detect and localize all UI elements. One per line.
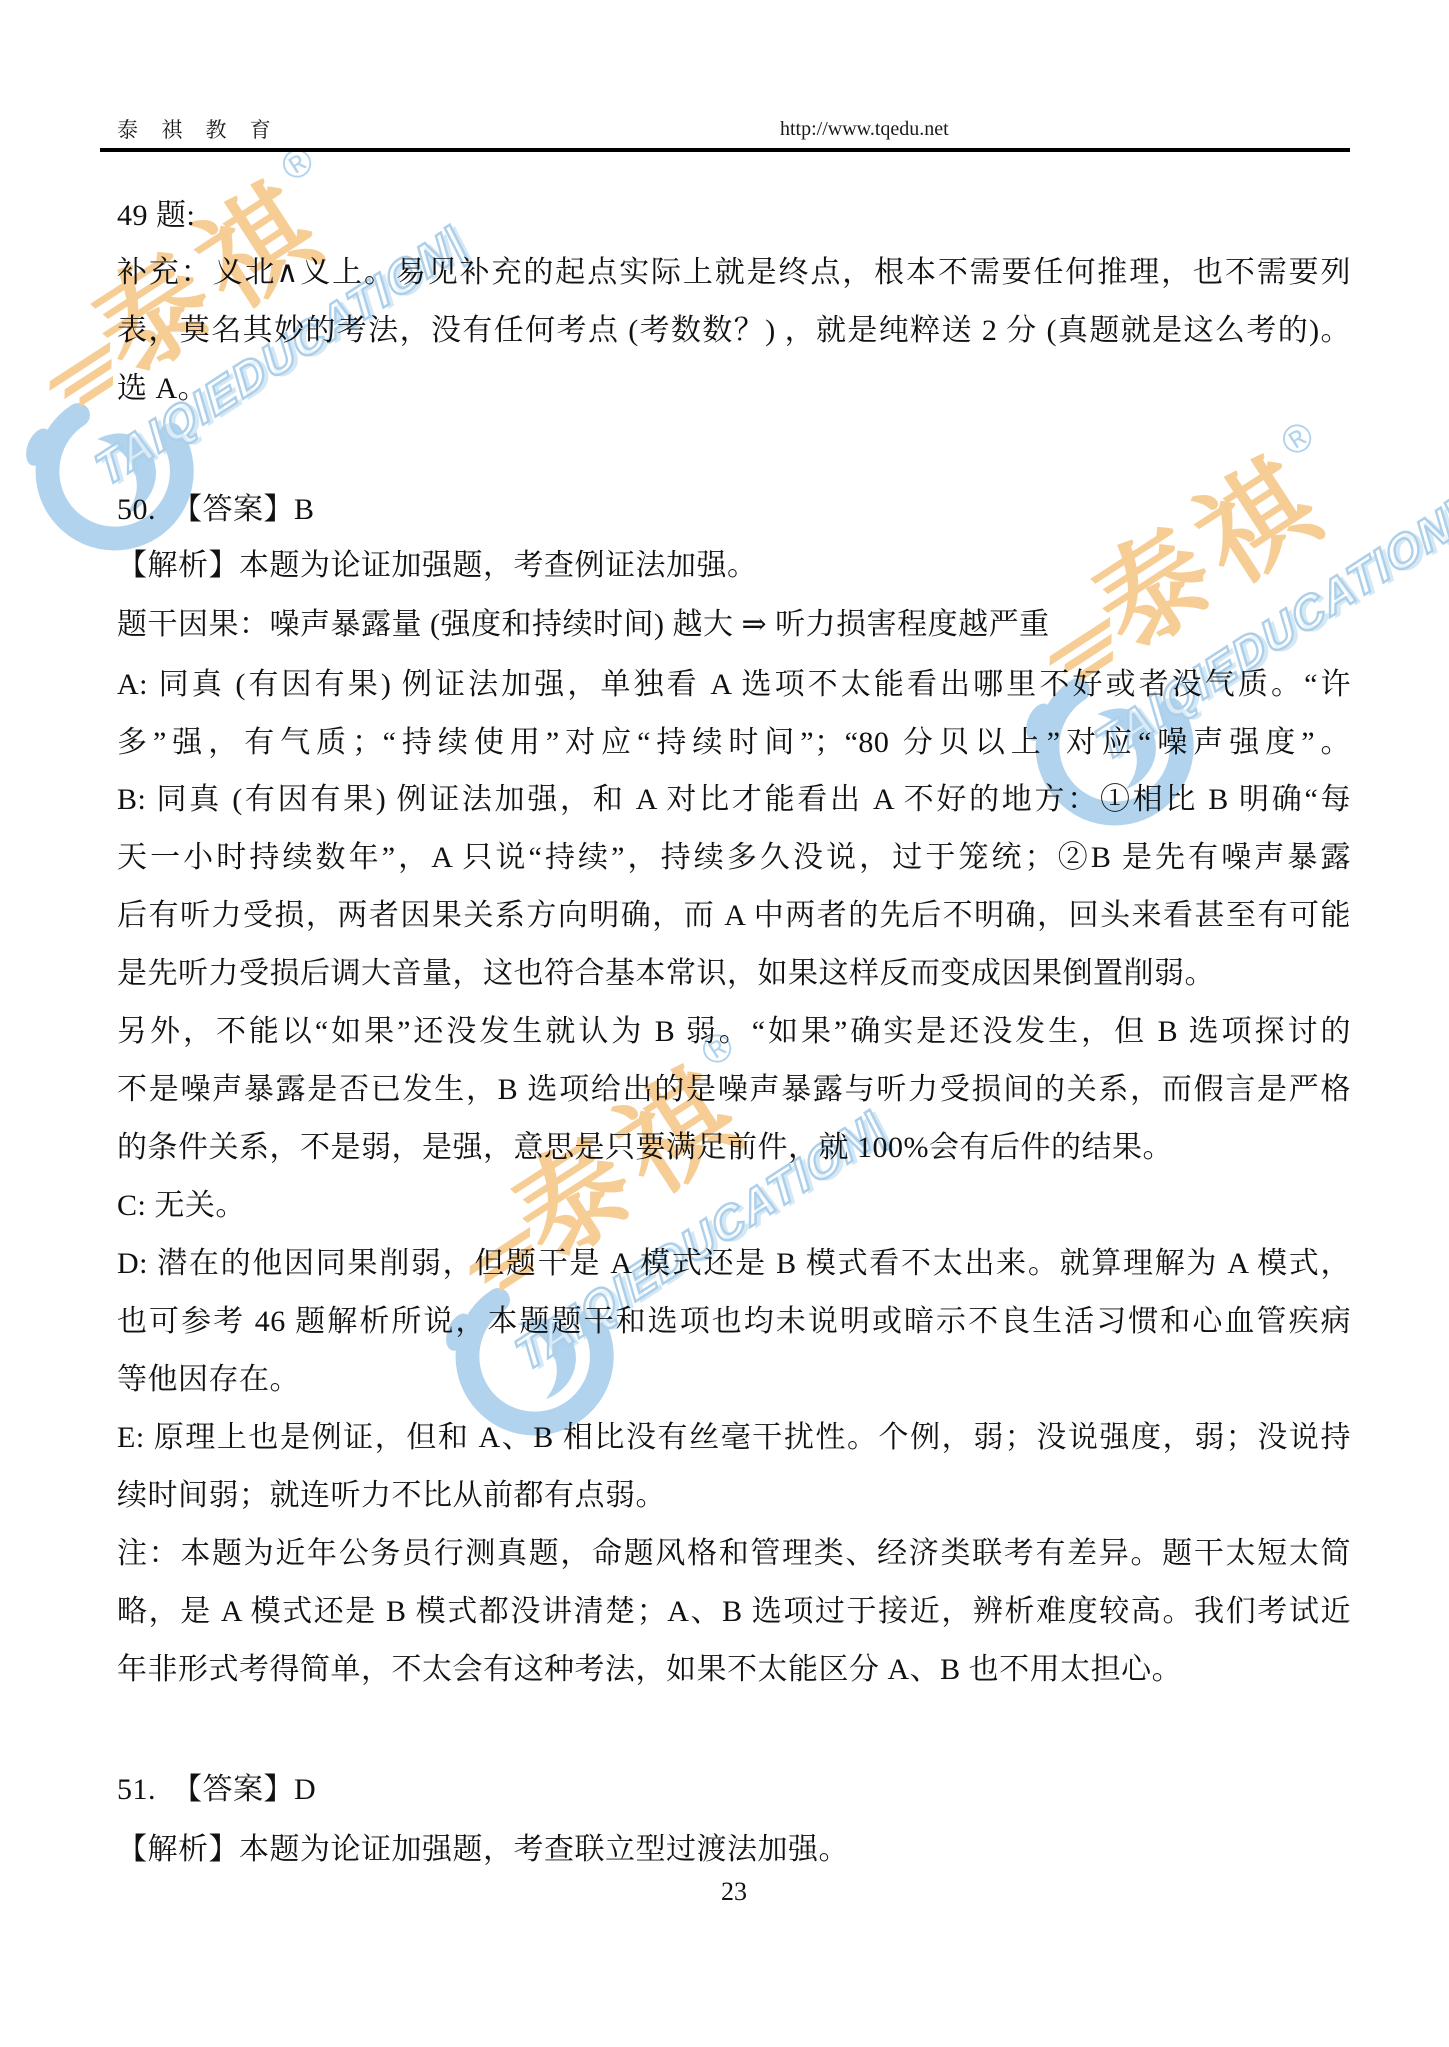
analysis-text: 【解析】本题为论证加强题，考查例证法加强。 (117, 537, 1351, 595)
text-line: E: 原理上也是例证，但和 A、B 相比没有丝毫干扰性。个例，弱；没说强度，弱；… (117, 1409, 1351, 1467)
question-51-analysis-line: 【解析】本题为论证加强题，考查联立型过渡法加强。 (117, 1821, 1351, 1879)
text-line: D: 潜在的他因同果削弱，但题干是 A 模式还是 B 模式看不太出来。就算理解为… (117, 1235, 1351, 1293)
option-a-paragraph: A: 同真 (有因有果) 例证法加强，单独看 A 选项不太能看出哪里不好或者没气… (117, 656, 1351, 772)
question-50-analysis-line: 【解析】本题为论证加强题，考查例证法加强。 (117, 537, 1351, 595)
option-b-paragraph: B: 同真 (有因有果) 例证法加强，和 A 对比才能看出 A 不好的地方：①相… (117, 771, 1351, 1003)
header-divider-rule (100, 148, 1350, 152)
option-e-paragraph: E: 原理上也是例证，但和 A、B 相比没有丝毫干扰性。个例，弱；没说强度，弱；… (117, 1409, 1351, 1525)
text-line: 注：本题为近年公务员行测真题，命题风格和管理类、经济类联考有差异。题干太短太简 (117, 1525, 1351, 1583)
text-line: 续时间弱；就连听力不比从前都有点弱。 (117, 1467, 1351, 1525)
text-line: 也可参考 46 题解析所说，本题题干和选项也均未说明或暗示不良生活习惯和心血管疾… (117, 1293, 1351, 1351)
document-page: { "header": { "brand": "泰 祺 教 育", "url":… (0, 0, 1449, 2047)
option-c-paragraph: C: 无关。 (117, 1177, 1351, 1235)
text-line: 等他因存在。 (117, 1351, 1351, 1409)
question-50-stem-line: 题干因果：噪声暴露量 (强度和持续时间) 越大 ⇒ 听力损害程度越严重 (117, 596, 1351, 654)
text-line: 年非形式考得简单，不太会有这种考法，如果不太能区分 A、B 也不用太担心。 (117, 1641, 1351, 1699)
header-website-url: http://www.tqedu.net (780, 118, 949, 141)
question-51-answer-heading: 51. 【答案】D (117, 1761, 1351, 1819)
additional-note-paragraph: 另外，不能以“如果”还没发生就认为 B 弱。“如果”确实是还没发生，但 B 选项… (117, 1003, 1351, 1177)
stem-cause-effect-text: 题干因果：噪声暴露量 (强度和持续时间) 越大 ⇒ 听力损害程度越严重 (117, 596, 1351, 654)
text-line: 补充：义北∧义上。易见补充的起点实际上就是终点，根本不需要任何推理，也不需要列 (117, 244, 1351, 302)
text-line: 天一小时持续数年”，A 只说“持续”，持续多久没说，过于笼统；②B 是先有噪声暴… (117, 829, 1351, 887)
text-line: 表，莫名其妙的考法，没有任何考点 (考数数？) ，就是纯粹送 2 分 (真题就是… (117, 302, 1351, 360)
text-line: B: 同真 (有因有果) 例证法加强，和 A 对比才能看出 A 不好的地方：①相… (117, 771, 1351, 829)
text-line: 后有听力受损，两者因果关系方向明确，而 A 中两者的先后不明确，回头来看甚至有可… (117, 887, 1351, 945)
question-49-heading: 49 题: (117, 187, 1351, 245)
text-line: 多”强，有气质；“持续使用”对应“持续时间”；“80 分贝以上”对应“噪声强度”… (117, 714, 1351, 772)
text-line: C: 无关。 (117, 1177, 1351, 1235)
question-49-supplement-paragraph: 补充：义北∧义上。易见补充的起点实际上就是终点，根本不需要任何推理，也不需要列表… (117, 244, 1351, 418)
header-brand-text: 泰 祺 教 育 (117, 114, 280, 144)
remark-paragraph: 注：本题为近年公务员行测真题，命题风格和管理类、经济类联考有差异。题干太短太简略… (117, 1525, 1351, 1699)
text-line: 不是噪声暴露是否已发生，B 选项给出的是噪声暴露与听力受损间的关系，而假言是严格 (117, 1061, 1351, 1119)
option-d-paragraph: D: 潜在的他因同果削弱，但题干是 A 模式还是 B 模式看不太出来。就算理解为… (117, 1235, 1351, 1409)
text-line: 的条件关系，不是弱，是强，意思是只要满足前件，就 100%会有后件的结果。 (117, 1119, 1351, 1177)
text-line: 是先听力受损后调大音量，这也符合基本常识，如果这样反而变成因果倒置削弱。 (117, 945, 1351, 1003)
page-number: 23 (117, 1877, 1351, 1907)
question-50-answer-line: 50. 【答案】B (117, 481, 1351, 539)
question-49-label: 49 题: (117, 187, 1351, 245)
question-50-answer-heading: 50. 【答案】B (117, 481, 1351, 539)
text-line: A: 同真 (有因有果) 例证法加强，单独看 A 选项不太能看出哪里不好或者没气… (117, 656, 1351, 714)
question-51-answer-line: 51. 【答案】D (117, 1761, 1351, 1819)
text-line: 略，是 A 模式还是 B 模式都没讲清楚；A、B 选项过于接近，辨析难度较高。我… (117, 1583, 1351, 1641)
text-line: 另外，不能以“如果”还没发生就认为 B 弱。“如果”确实是还没发生，但 B 选项… (117, 1003, 1351, 1061)
text-line: 选 A。 (117, 360, 1351, 418)
analysis-text: 【解析】本题为论证加强题，考查联立型过渡法加强。 (117, 1821, 1351, 1879)
